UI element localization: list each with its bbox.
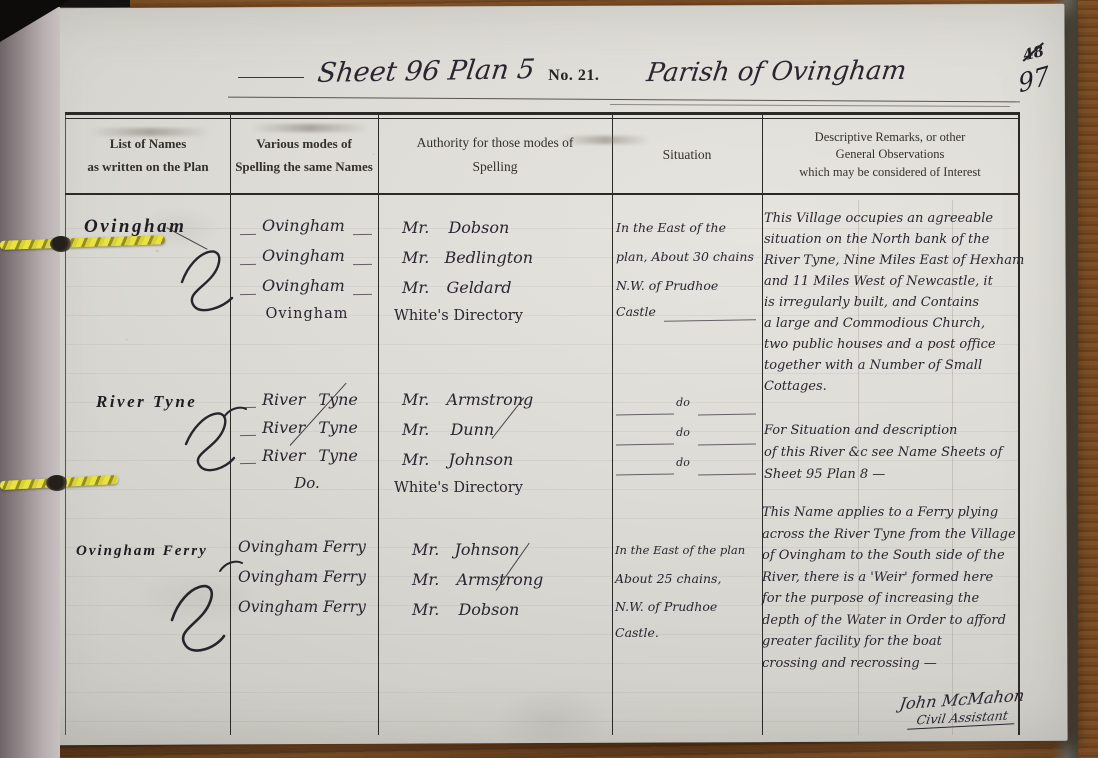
remark-line: River, there is a 'Weir' formed here [762, 570, 993, 585]
remark-line: a large and Commodious Church, [764, 316, 985, 331]
authority-entry: White's Directory [394, 308, 523, 324]
folio-value: 97 [1017, 60, 1051, 98]
row-remarks: For Situation and description of this Ri… [764, 423, 1020, 489]
situation-line: Castle [616, 304, 656, 319]
row-situation: do do do [616, 396, 758, 486]
header-line: Situation [616, 148, 758, 162]
situation-line: In the East of the plan [615, 543, 745, 557]
row-remarks: This Village occupies an agreeable situa… [764, 211, 1020, 400]
spelling-entry: River Tyne [262, 390, 358, 409]
remark-line: together with a Number of Small [764, 358, 982, 373]
situation-line: plan, About 30 chains [616, 249, 754, 264]
flourish-mark [158, 572, 248, 662]
row-situation: In the East of the plan About 25 chains,… [615, 543, 759, 651]
row-situation: In the East of the plan, About 30 chains… [616, 220, 758, 330]
table-top-border [65, 112, 1018, 115]
authority-entry: Mr. Dobson [412, 600, 519, 619]
situation-line: Castle. [615, 625, 659, 640]
remark-line: across the River Tyne from the Village [762, 527, 1016, 542]
situation-line: N.W. of Prudhoe [615, 599, 717, 614]
place-name: Ovingham Ferry [76, 543, 208, 559]
header-line: General Observations [766, 148, 1014, 161]
row-remarks: This Name applies to a Ferry plying acro… [762, 505, 1020, 677]
spelling-entry: River Tyne [262, 446, 358, 465]
column-header-spelling: Various modes of Spelling the same Names [234, 120, 374, 190]
remark-line: situation on the North bank of the [764, 232, 989, 247]
header-line: Authority for those modes of [382, 136, 608, 150]
authority-entry: Mr. Dunn [402, 420, 494, 439]
header-line: as written on the Plan [70, 160, 226, 174]
header-line: List of Names [70, 137, 226, 151]
remark-line: crossing and recrossing — [762, 656, 937, 671]
column-header-situation: Situation [616, 120, 758, 190]
remark-line: of Ovingham to the South side of the [762, 548, 1005, 563]
column-line [612, 112, 613, 735]
spelling-entry: Ovingham Ferry [238, 538, 366, 556]
place-name: Ovingham [84, 216, 186, 237]
authority-entry: Mr. Armstrong [402, 390, 533, 409]
authority-entry: Mr. Johnson [402, 450, 513, 469]
authority-entry: Mr. Bedlington [402, 248, 533, 267]
sheet-plan-text: Sheet 96 Plan 5 [316, 54, 537, 89]
remark-line: This Name applies to a Ferry plying [762, 505, 998, 520]
row-authorities: Mr. Dobson Mr. Bedlington Mr. Geldard Wh… [402, 218, 602, 338]
authority-entry: Mr. Johnson [412, 540, 519, 559]
column-header-authority: Authority for those modes of Spelling [382, 118, 608, 192]
row-name: Ovingham Ferry [76, 542, 208, 560]
spelling-entry: Ovingham [262, 216, 345, 235]
header-line: Descriptive Remarks, or other [766, 131, 1014, 144]
remark-line: and 11 Miles West of Newcastle, it [764, 274, 993, 289]
ditto-mark: do [676, 456, 690, 469]
authority-entry: Mr. Dobson [402, 218, 509, 237]
header-line: Spelling [382, 160, 608, 174]
spelling-entry: Ovingham [262, 276, 345, 295]
header-line: Various modes of [234, 137, 374, 151]
remark-line: This Village occupies an agreeable [764, 211, 993, 226]
number-label: No. 21. [548, 67, 599, 85]
situation-line: In the East of the [616, 220, 726, 235]
situation-line: About 25 chains, [615, 571, 721, 586]
table-left-border [65, 112, 66, 735]
remark-line: Cottages. [764, 379, 827, 394]
ditto-mark: do [676, 396, 690, 409]
spelling-entry: Ovingham Ferry [238, 598, 366, 616]
column-header-names: List of Names as written on the Plan [70, 120, 226, 190]
ditto-mark: do [676, 426, 690, 439]
row-authorities: Mr. Johnson Mr. Armstrong Mr. Dobson [412, 540, 612, 630]
parish-text: Parish of Ovingham [645, 56, 908, 88]
remark-line: Sheet 95 Plan 8 — [764, 467, 885, 482]
remark-line: two public houses and a post office [764, 337, 996, 352]
remark-line: of this River &c see Name Sheets of [764, 445, 1002, 460]
flourish-mark [168, 240, 248, 320]
header-line: Spelling the same Names [234, 160, 374, 174]
remark-line: for the purpose of increasing the [762, 591, 979, 606]
row-authorities: Mr. Armstrong Mr. Dunn Mr. Johnson White… [402, 390, 602, 510]
authority-entry: White's Directory [394, 480, 523, 496]
column-header-remarks: Descriptive Remarks, or other General Ob… [766, 120, 1014, 190]
row-name: Ovingham [84, 216, 186, 238]
binder-edge [0, 0, 60, 758]
page-header: Sheet 96 Plan 5 No. 21. Parish of Ovingh… [238, 56, 906, 87]
header-bottom-border [65, 193, 1018, 195]
folio-number: 48 97 [1018, 44, 1050, 94]
scanned-ledger-photo: { "page": { "header": { "sheet_plan": "S… [0, 0, 1098, 758]
row-spellings: River Tyne River Tyne River Tyne Do. [240, 390, 374, 504]
pen-dash [238, 77, 304, 78]
spelling-entry: Ovingham Ferry [238, 568, 366, 586]
remark-line: is irregularly built, and Contains [764, 295, 979, 310]
remark-line: depth of the Water in Order to afford [762, 613, 1006, 628]
header-line: which may be considered of Interest [766, 166, 1014, 179]
remark-line: River Tyne, Nine Miles East of Hexham [764, 253, 1024, 268]
spelling-entry: Ovingham [265, 306, 348, 322]
row-spellings: Ovingham Ovingham Ovingham Ovingham [240, 216, 374, 336]
authority-entry: Mr. Geldard [402, 278, 511, 297]
column-line [378, 112, 379, 735]
remark-line: greater facility for the boat [762, 634, 942, 649]
spelling-entry: Do. [294, 474, 320, 492]
signature-block: John McMahon Civil Assistant [852, 690, 1072, 727]
spelling-entry: Ovingham [262, 246, 345, 265]
row-spellings: Ovingham Ferry Ovingham Ferry Ovingham F… [238, 538, 374, 628]
remark-line: For Situation and description [764, 423, 957, 438]
authority-entry: Mr. Armstrong [412, 570, 543, 589]
situation-line: N.W. of Prudhoe [616, 278, 718, 293]
